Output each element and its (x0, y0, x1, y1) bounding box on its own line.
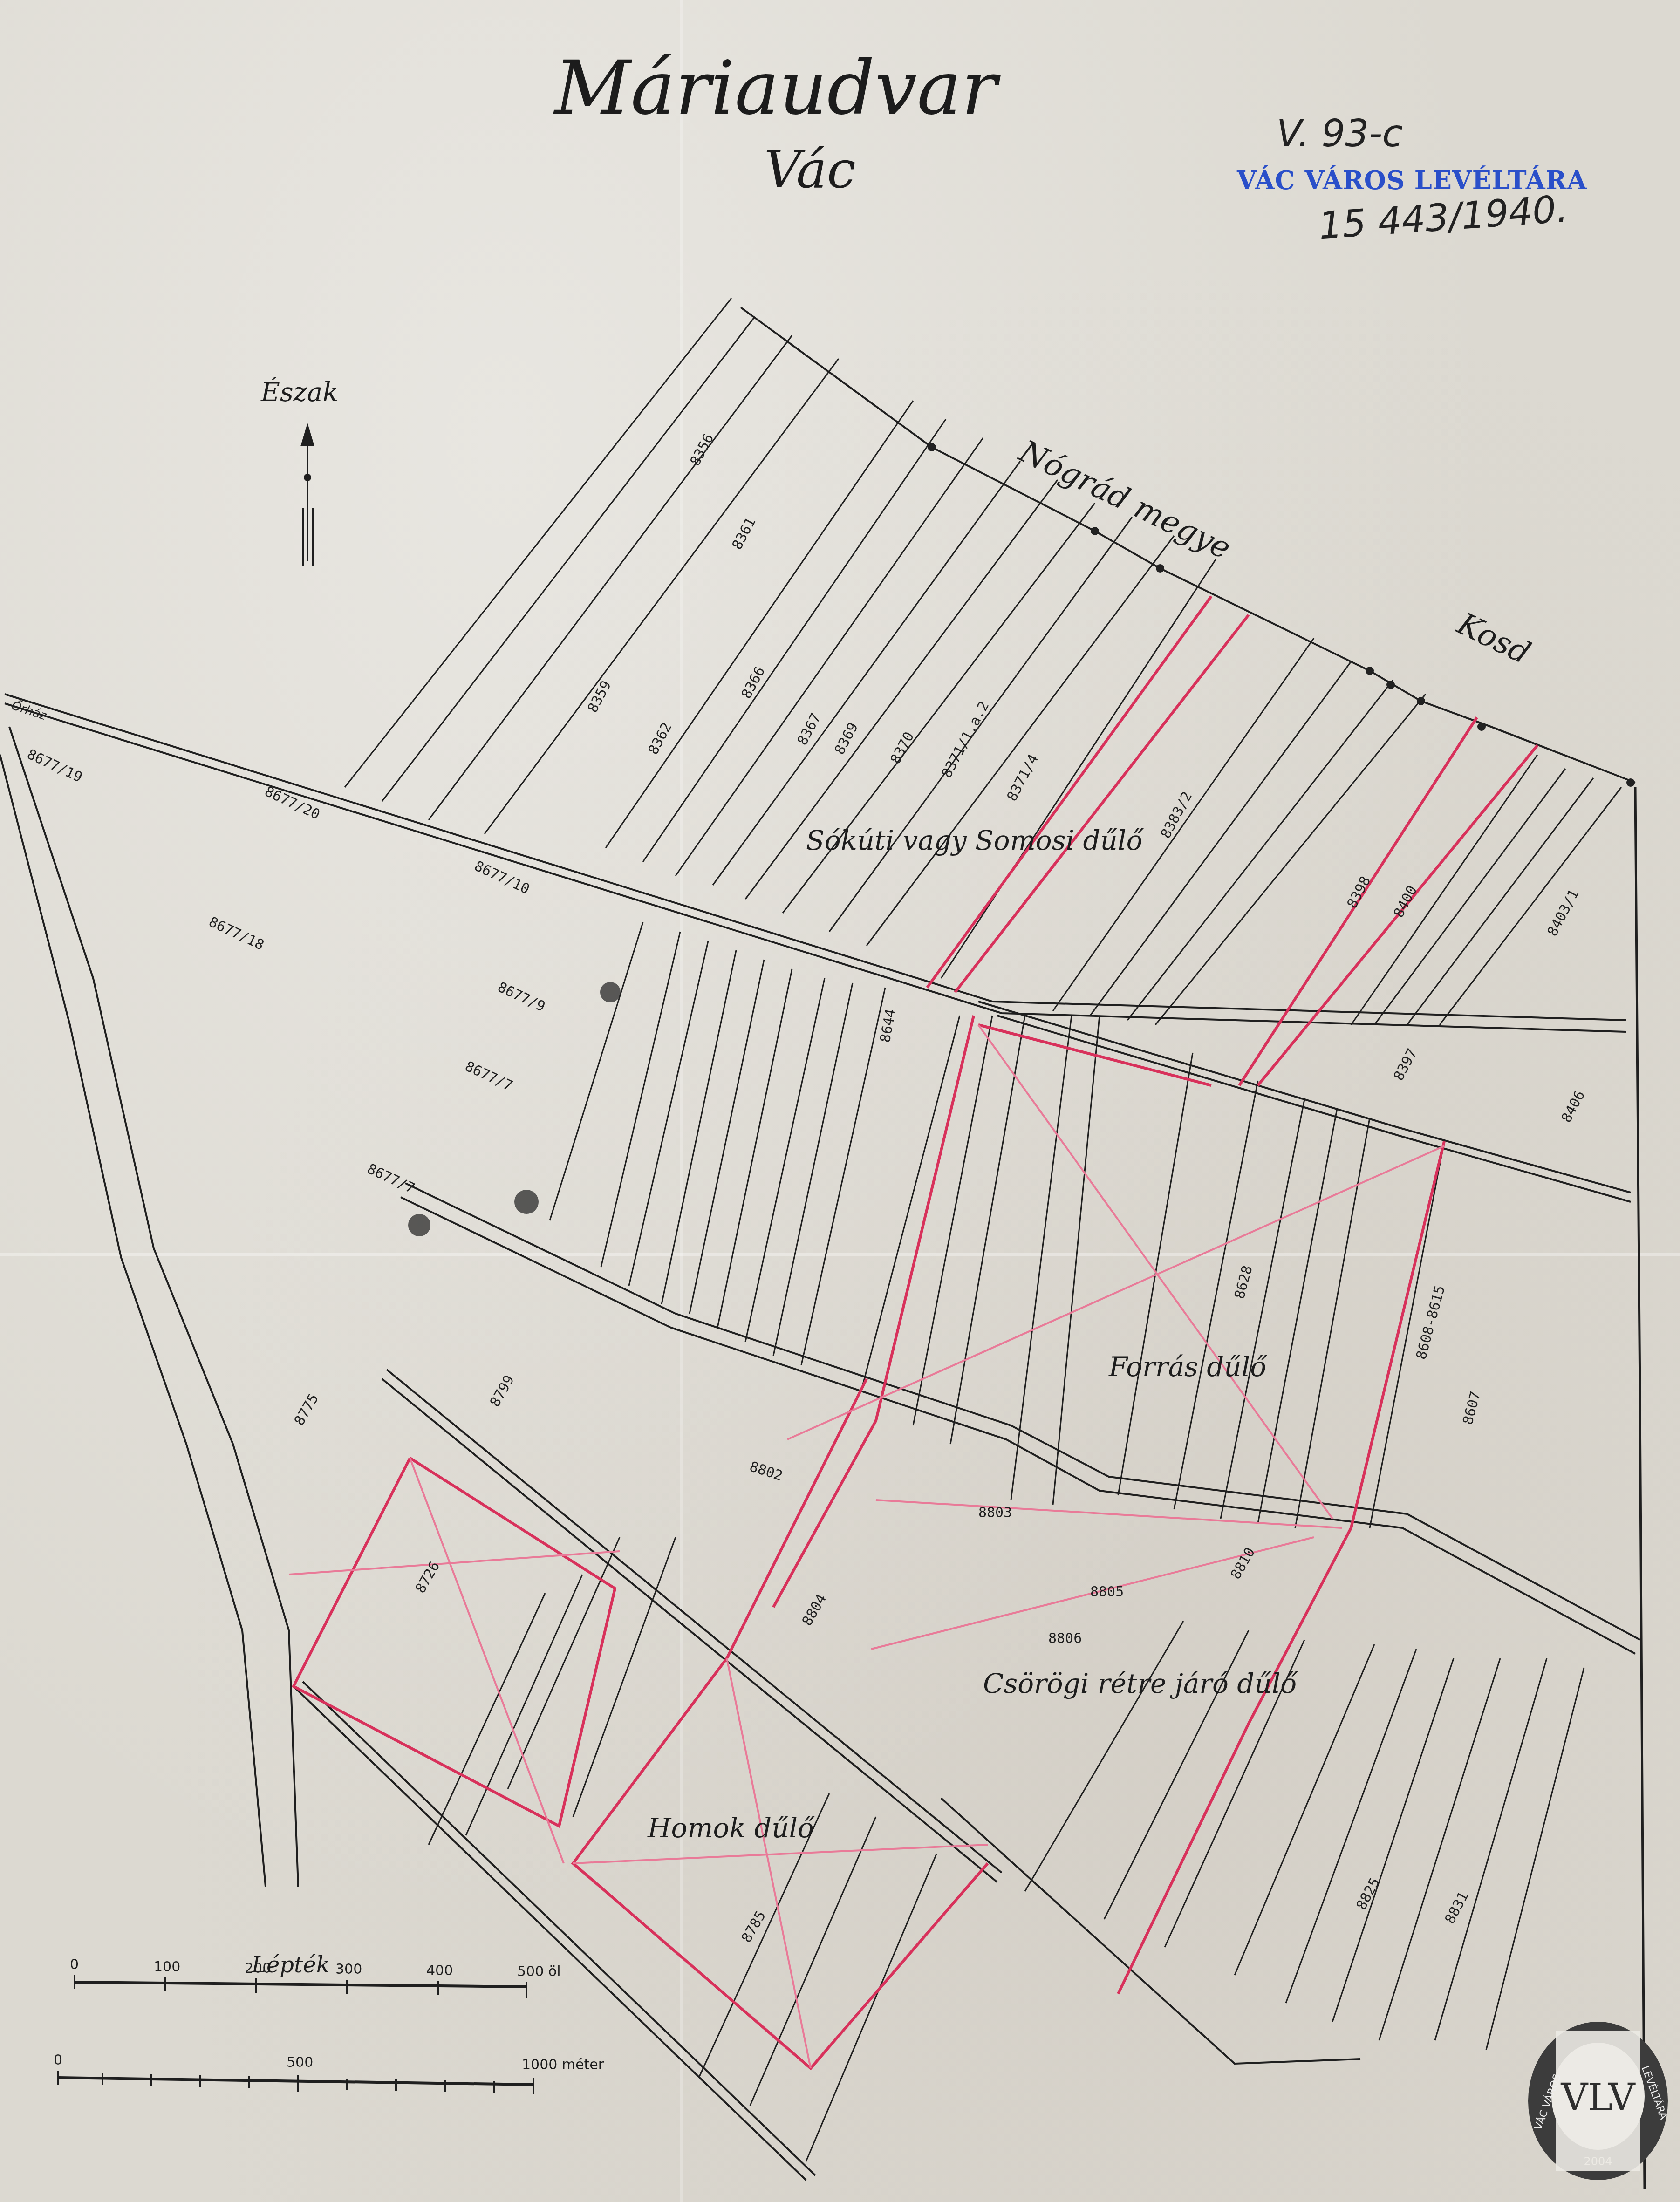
parcel-label: 8806 (1048, 1630, 1082, 1647)
scale-tick: 500 (287, 2054, 313, 2071)
district-label-homok: Homok dűlő (648, 1812, 814, 1844)
district-label-csorogi: Csörögi rétre járó dűlő (983, 1668, 1297, 1699)
scale-tick: 0 (54, 2052, 62, 2068)
district-label-forras: Forrás dűlő (1109, 1351, 1266, 1383)
svg-text:2004: 2004 (1584, 2155, 1612, 2168)
district-label-sokuti: Sókúti vagy Somosi dűlő (806, 825, 1142, 856)
scale-tick: 1000 méter (522, 2057, 604, 2073)
scale-tick: 300 (335, 1961, 362, 1977)
parcel-label: 8805 (1090, 1584, 1124, 1600)
scale-tick: 0 (70, 1957, 79, 1973)
cadastral-linework (0, 0, 1680, 2202)
scale-bar (58, 1975, 533, 2094)
north-label: Észak (261, 377, 338, 408)
scale-tick: 400 (426, 1963, 453, 1979)
scale-tick: 500 öl (517, 1963, 561, 1980)
parcel-label: 8803 (978, 1505, 1012, 1521)
archive-logo: VLV 2004 VLV VÁC VÁROS LEVÉLTÁRA (1523, 2017, 1673, 2185)
scale-tick: 200 (245, 1960, 271, 1977)
scale-tick: 100 (154, 1959, 180, 1975)
svg-text:VLV: VLV (1560, 2076, 1635, 2119)
north-arrow-icon (302, 426, 313, 566)
archive-ref-top: V. 93-c (1277, 112, 1403, 155)
map-subtitle: Vác (764, 140, 856, 199)
map-title: Máriaudvar (554, 44, 997, 131)
